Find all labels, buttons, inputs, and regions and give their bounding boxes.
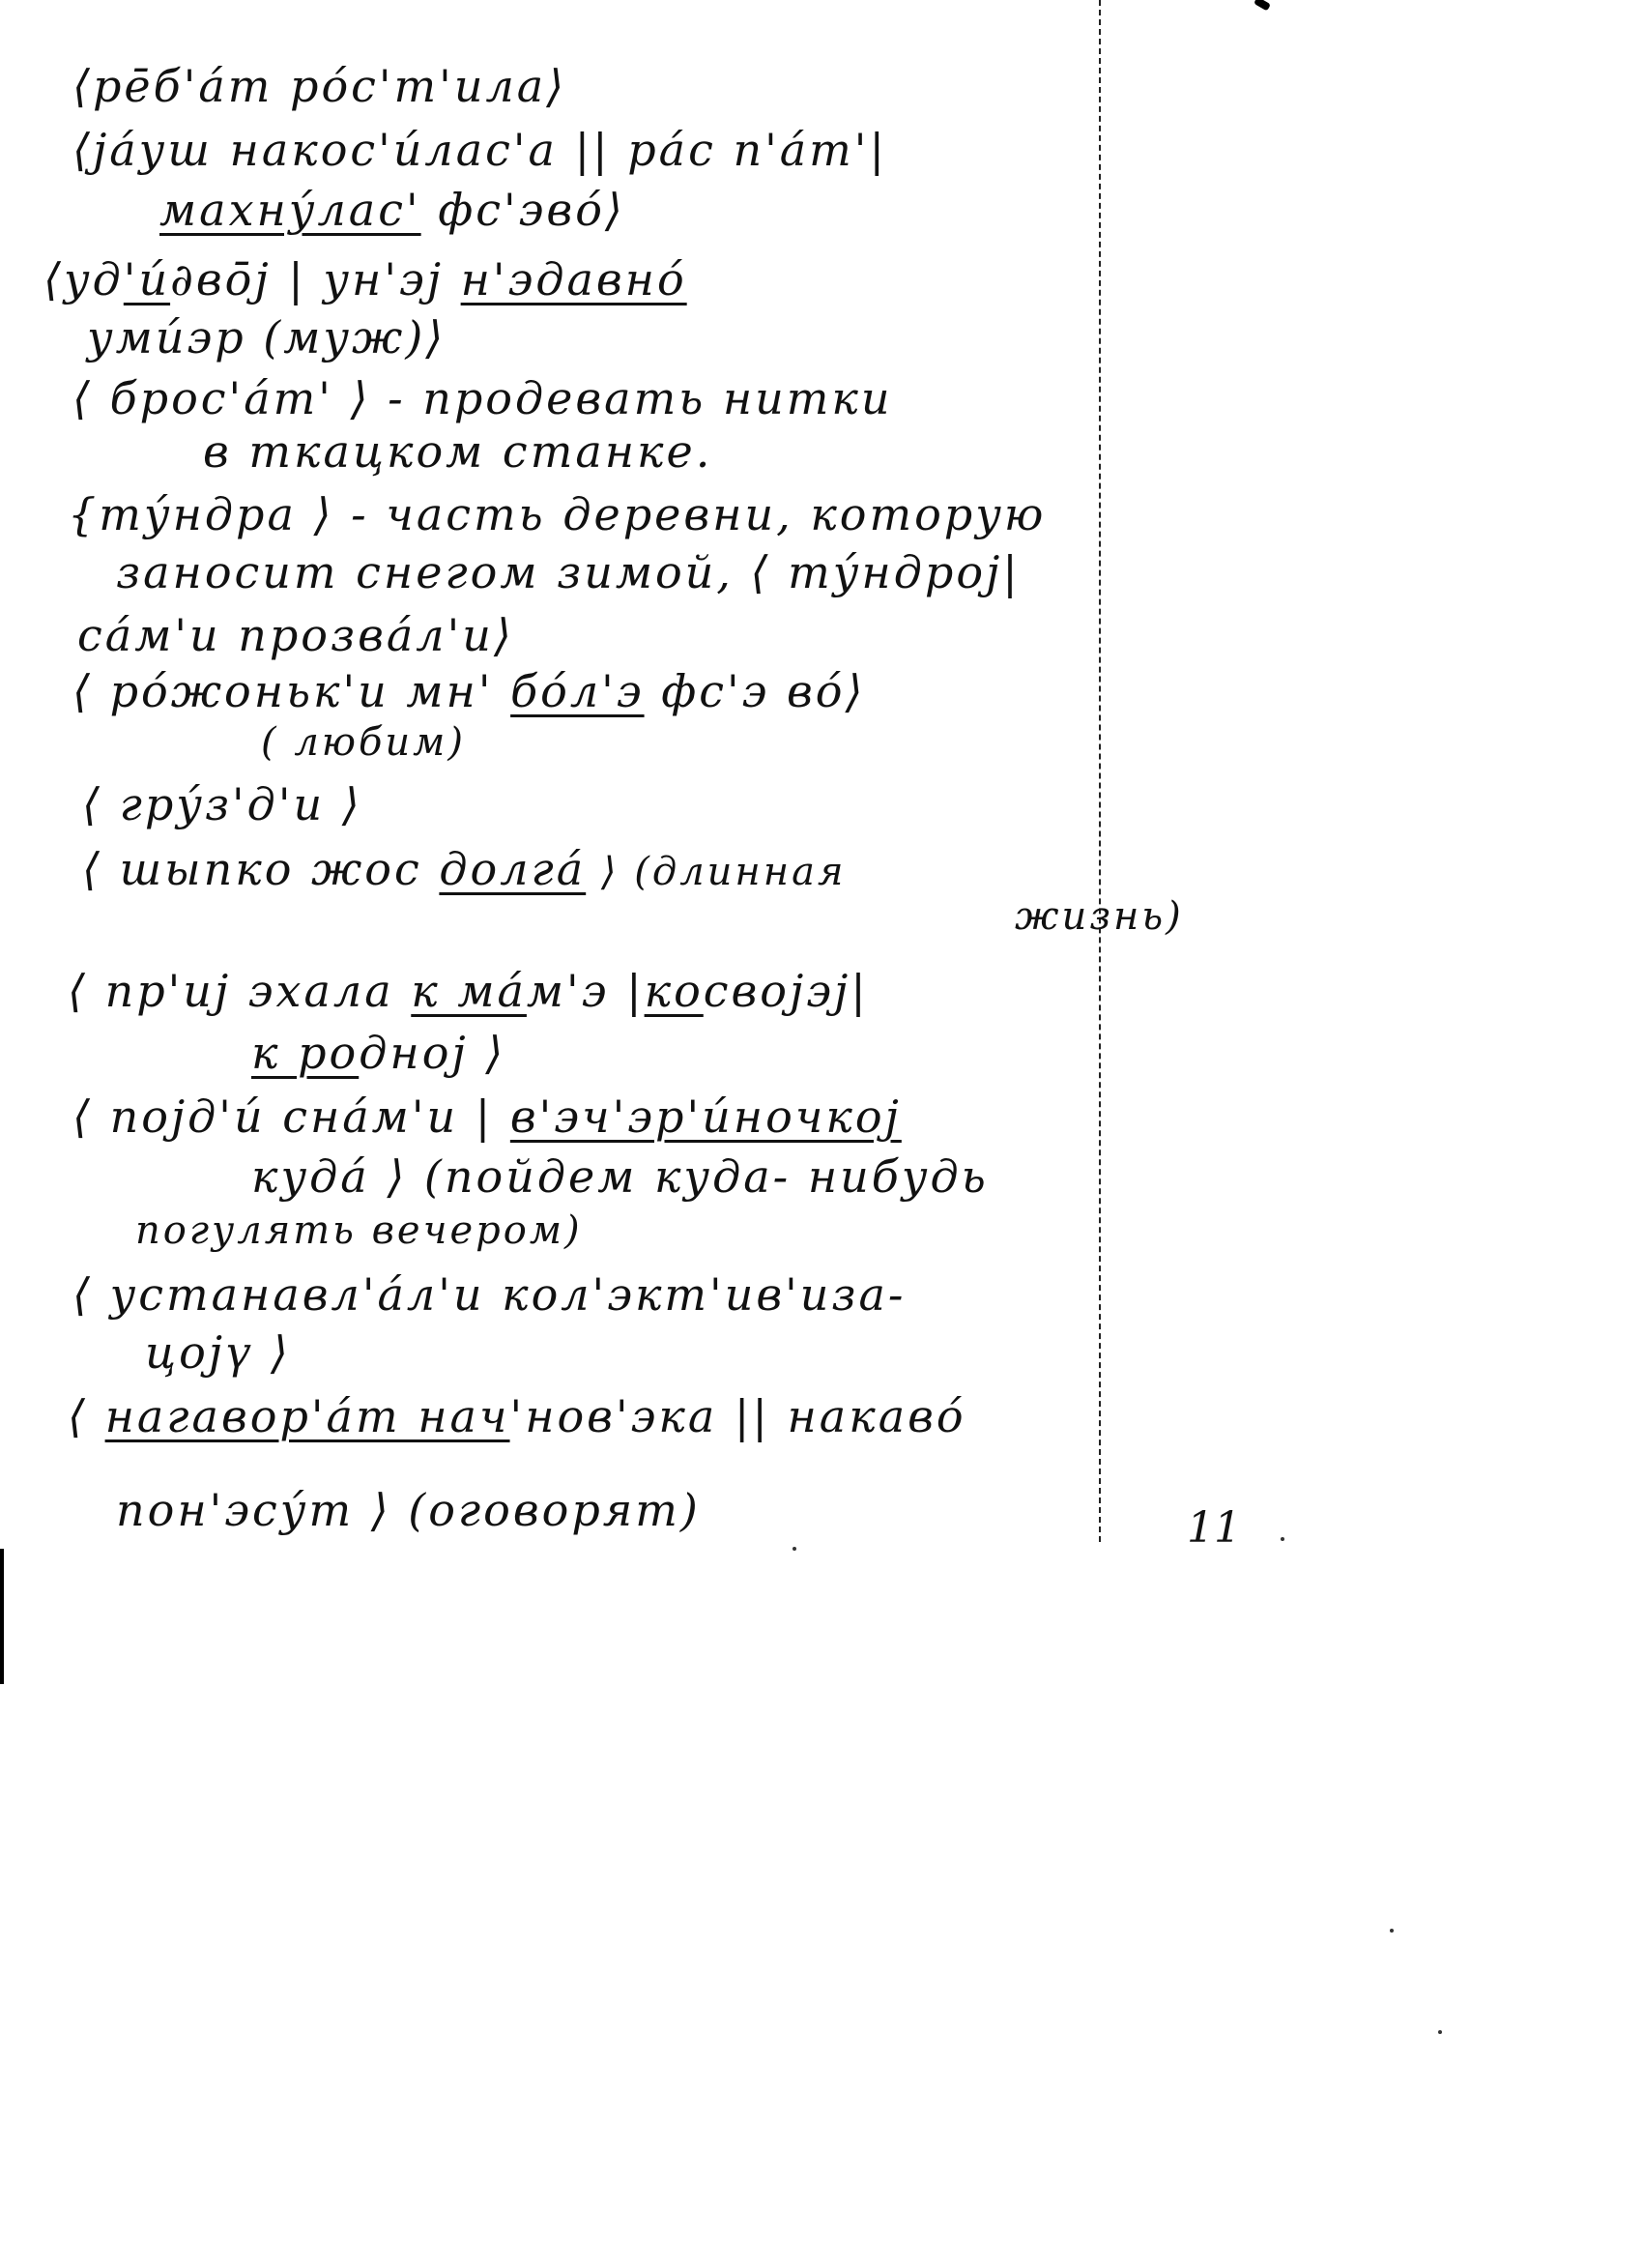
entry-line: заносит снегом зимой, ⟨ ту́ндрој| <box>116 546 1021 598</box>
entry-text: ́м'э | <box>527 965 645 1017</box>
entry-text: ⟨ устанавл'а́л'и кол'экт'ив'иза- <box>72 1268 906 1321</box>
scan-edge-mark <box>0 1549 4 1684</box>
gloss-text: ⟩ (длинная <box>586 850 846 894</box>
entry-line: са́м'и прозва́л'и⟩ <box>77 609 514 661</box>
underlined-word: бо́л'э <box>510 665 644 717</box>
entry-line: куда́ ⟩ (пойдем куда- нибудь <box>251 1150 989 1203</box>
gloss-line: ( любим) <box>261 720 466 765</box>
underlined-word: нагавор'а́т нач <box>105 1390 510 1442</box>
entry-text: ⟨уд <box>43 253 124 305</box>
entry-text: уми́эр (муж)⟩ <box>87 311 446 363</box>
entry-line: ⟨ пр'иј эхала к ма́м'э |косвојэј| <box>68 965 869 1017</box>
gloss-text: жизнь) <box>1015 894 1184 939</box>
underlined-word: в'эч'эр'и́ночкој <box>510 1090 902 1143</box>
scan-speck <box>1281 1537 1284 1541</box>
gloss-text: погулять вечером) <box>135 1208 583 1253</box>
document-page: ⟨ре̄б'а́т ро́с'т'ила⟩ ⟨ја́уш накос'и́лас… <box>0 0 1643 2268</box>
entry-text: заносит снегом зимой, ⟨ ту́ндрој| <box>116 546 1021 598</box>
entry-text: својэј| <box>704 965 869 1017</box>
entry-text: ⟨ ро́жоньк'и мн' <box>72 665 510 717</box>
entry-text: ⟨ шыпко жос <box>82 843 439 895</box>
underlined-word: н'эдавно́ <box>461 253 687 305</box>
entry-text: 'нов'эка || накаво́ <box>510 1390 966 1442</box>
scan-speck <box>793 1547 796 1551</box>
entry-line: ⟨ нагавор'а́т нач'нов'эка || накаво́ <box>68 1390 966 1442</box>
entry-line: цојү ⟩ <box>145 1326 291 1379</box>
entry-line: {ту́ндра ⟩ - часть деревни, которую <box>68 488 1046 540</box>
entry-line: пон'эсу́т ⟩ (оговорят) <box>116 1484 701 1536</box>
entry-text: ⟨ појд'и́ сна́м'и | <box>72 1090 510 1143</box>
entry-text: в ткацком станке. <box>203 425 712 478</box>
entry-text: ⟨ гру́з'д'и ⟩ <box>82 778 362 830</box>
entry-line: ⟨ устанавл'а́л'и кол'экт'ив'иза- <box>72 1268 906 1321</box>
gloss-line: погулять вечером) <box>135 1208 583 1253</box>
entry-text: {ту́ндра ⟩ - часть деревни, которую <box>68 488 1046 540</box>
entry-text: фс'э во́⟩ <box>645 665 866 717</box>
gloss-text: ( любим) <box>261 720 466 765</box>
entry-text: куда́ ⟩ (пойдем куда- нибудь <box>251 1150 989 1203</box>
underlined-word: к ро <box>251 1027 359 1079</box>
page-number: 11 <box>1187 1503 1241 1553</box>
entry-text: ⟨ пр'иј эхала <box>68 965 411 1017</box>
entry-line: ⟨ шыпко жос долга́ ⟩ (длинная <box>82 843 846 895</box>
entry-line: ⟨ ро́жоньк'и мн' бо́л'э фс'э во́⟩ <box>72 665 865 717</box>
entry-line: ⟨ брос'а́т' ⟩ - продевать нитки <box>72 372 893 424</box>
entry-line: ⟨ гру́з'д'и ⟩ <box>82 778 362 830</box>
entry-text: пон'эсу́т ⟩ (оговорят) <box>116 1484 701 1536</box>
entry-line: ⟨ре̄б'а́т ро́с'т'ила⟩ <box>72 60 566 112</box>
underlined-word: долга́ <box>439 843 586 895</box>
underlined-word: махну́лас' <box>159 184 421 236</box>
underlined-word: к ма <box>411 965 527 1017</box>
entry-text: са́м'и прозва́л'и⟩ <box>77 609 514 661</box>
underlined-word: 'и́ <box>124 253 170 305</box>
entry-text: ⟨ре̄б'а́т ро́с'т'ила⟩ <box>72 60 566 112</box>
scan-speck <box>1390 1929 1394 1933</box>
gloss-line: жизнь) <box>1015 894 1184 939</box>
entry-line: махну́лас' фс'эво́⟩ <box>159 184 625 236</box>
entry-line: в ткацком станке. <box>203 425 712 478</box>
entry-text: фс'эво́⟩ <box>421 184 625 236</box>
entry-line: уми́эр (муж)⟩ <box>87 311 446 363</box>
entry-text: ⟨ брос'а́т' ⟩ - продевать нитки <box>72 372 893 424</box>
entry-line: ⟨ја́уш накос'и́лас'а || ра́с п'а́т'| <box>72 124 887 176</box>
scan-speck <box>1438 2030 1442 2034</box>
margin-line <box>1099 0 1101 1542</box>
corner-mark <box>1254 0 1271 11</box>
entry-line: к роднoј ⟩ <box>251 1027 505 1079</box>
entry-text: ⟨ја́уш накос'и́лас'а || ра́с п'а́т'| <box>72 124 887 176</box>
underlined-word: ко <box>645 965 704 1017</box>
entry-text: ∂во̄ј | ун'эј <box>170 253 461 305</box>
entry-line: ⟨ појд'и́ сна́м'и | в'эч'эр'и́ночкој <box>72 1090 902 1143</box>
entry-text: днoј ⟩ <box>359 1027 505 1079</box>
entry-text: ⟨ <box>68 1390 105 1442</box>
entry-text: цојү ⟩ <box>145 1326 291 1379</box>
entry-line: ⟨уд'и́∂во̄ј | ун'эј н'эдавно́ <box>43 253 687 305</box>
